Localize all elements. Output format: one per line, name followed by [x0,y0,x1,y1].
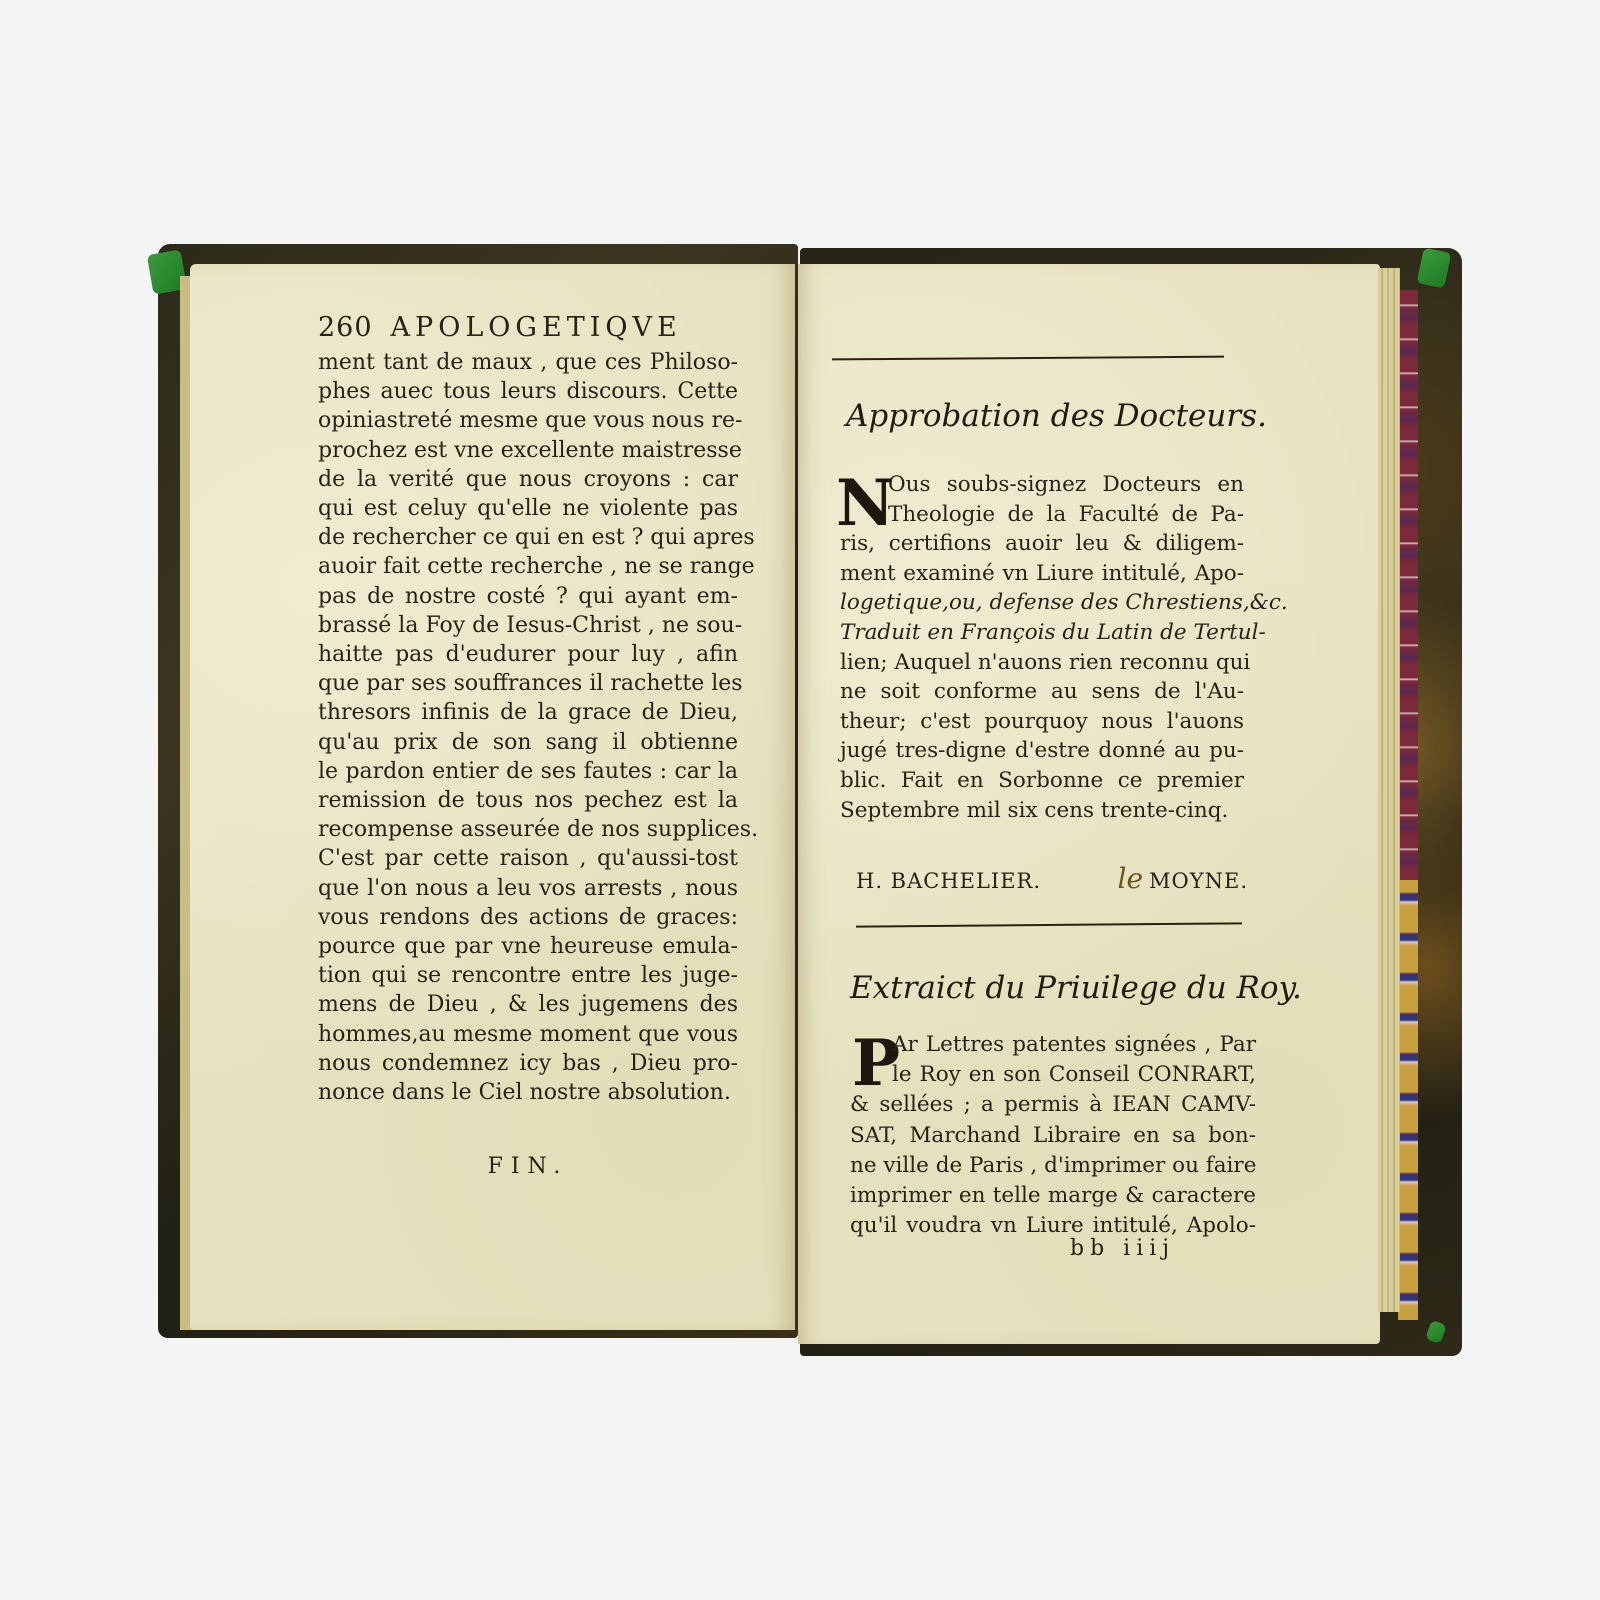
text-line: ment tant de maux , que ces Philoso- [318,348,738,377]
text-line: ris, certifions auoir leu & diligem- [840,529,1244,559]
text-line: mens de Dieu , & les jugemens des [318,990,738,1019]
right-page-stack [1378,268,1400,1312]
text-line: de la verité que nous croyons : car [318,465,738,494]
text-line: jugé tres-digne d'estre donné au pu- [840,736,1244,766]
text-line: ne ville de Paris , d'imprimer ou faire [850,1151,1256,1181]
text-line: ne soit conforme au sens de l'Au- [840,677,1244,707]
text-line: Septembre mil six cens trente-cinq. [840,796,1244,826]
text-line: remission de tous nos pechez est la [318,786,738,815]
marbled-page-edge-lower [1398,880,1418,1320]
privilege-heading: Extraict du Priuilege du Roy. [850,970,1302,1006]
text-line: pas de nostre costé ? qui ayant em- [318,582,738,611]
text-line: pource que par vne heureuse emula- [318,932,738,961]
text-line: logetique,ou, defense des Chrestiens,&c. [840,588,1244,618]
text-line: ment examiné vn Liure intitulé, Apo- [840,559,1244,589]
text-line: imprimer en telle marge & caractere [850,1181,1256,1211]
running-head: 260 APOLOGETIQVE [318,312,738,343]
text-line: auoir fait cette recherche , ne se range [318,552,738,581]
handwritten-annotation: le [1118,862,1144,895]
text-line: que par ses souffrances il rachette les [318,669,738,698]
text-line: qu'au prix de son sang il obtienne [318,728,738,757]
text-line: Theologie de la Faculté de Pa- [840,500,1244,530]
open-book: 260 APOLOGETIQVE ment tant de maux , que… [0,0,1600,1600]
text-line: que l'on nous a leu vos arrests , nous [318,874,738,903]
approbation-body: Ous soubs-signez Docteurs en Theologie d… [840,470,1244,825]
page-number: 260 [318,312,373,343]
text-line: blic. Fait en Sorbonne ce premier [840,766,1244,796]
text-line: haitte pas d'eudurer pour luy , afin [318,640,738,669]
text-line: hommes,au mesme moment que vous [318,1020,738,1049]
text-line: theur; c'est pourquoy nous l'auons [840,707,1244,737]
text-line: tion qui se rencontre entre les juge- [318,961,738,990]
approbation-heading: Approbation des Docteurs. [846,398,1267,434]
text-line: & sellées ; a permis à IEAN CAMV- [850,1090,1256,1120]
text-line: C'est par cette raison , qu'aussi-tost [318,844,738,873]
text-line: prochez est vne excellente maistresse [318,436,738,465]
text-line: de rechercher ce qui en est ? qui apres [318,523,738,552]
text-line: recompense asseurée de nos supplices. [318,815,738,844]
text-line: vous rendons des actions de graces: [318,903,738,932]
text-line: lien; Auquel n'auons rien reconnu qui [840,648,1244,678]
text-line: SAT, Marchand Libraire en sa bon- [850,1121,1256,1151]
text-line: nous condemnez icy bas , Dieu pro- [318,1049,738,1078]
text-line: nonce dans le Ciel nostre absolution. [318,1078,738,1107]
signature-mark: bb iiij [1070,1236,1175,1261]
text-line: opiniastreté mesme que vous nous re- [318,406,738,435]
text-line: brassé la Foy de Iesus-Christ , ne sou- [318,611,738,640]
text-line: thresors infinis de la grace de Dieu, [318,698,738,727]
text-line: le Roy en son Conseil CONRART, [850,1060,1256,1090]
signature-moyne: leMOYNE. [1118,862,1249,895]
text-line: Ar Lettres patentes signées , Par [850,1030,1256,1060]
left-page-body: ment tant de maux , que ces Philoso- phe… [318,348,738,1107]
closing-fin: FIN. [318,1154,738,1179]
signature-bachelier: H. BACHELIER. [856,869,1041,893]
text-line: qui est celuy qu'elle ne violente pas [318,494,738,523]
text-line: qu'il voudra vn Liure intitulé, Apolo- [850,1211,1256,1241]
text-line: Traduit en François du Latin de Tertul- [840,618,1244,648]
signatures: H. BACHELIER. leMOYNE. [856,862,1248,895]
text-line: le pardon entier de ses fautes : car la [318,757,738,786]
privilege-body: Ar Lettres patentes signées , Par le Roy… [850,1030,1256,1241]
text-line: Ous soubs-signez Docteurs en [840,470,1244,500]
running-head-title: APOLOGETIQVE [391,312,682,343]
text-line: phes auec tous leurs discours. Cette [318,377,738,406]
